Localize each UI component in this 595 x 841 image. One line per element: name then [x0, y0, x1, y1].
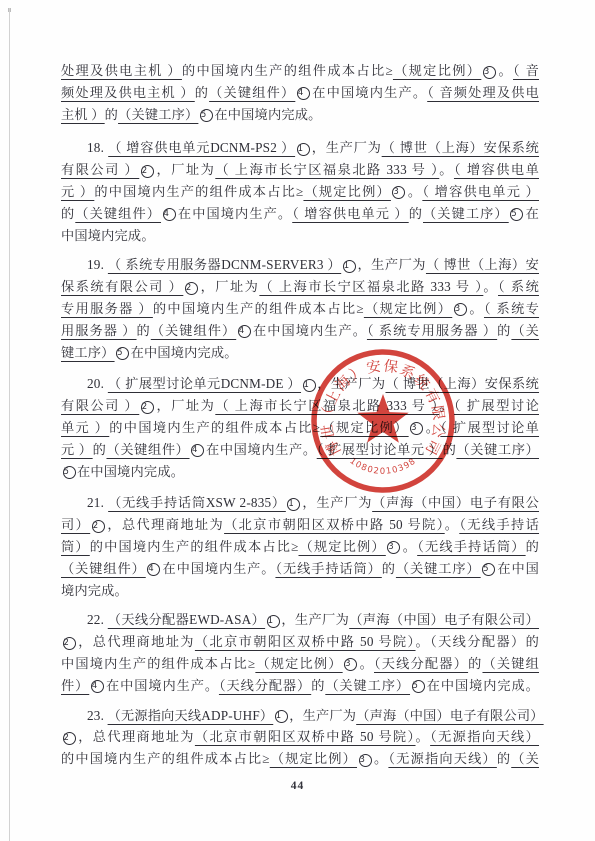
text-run: 。: [359, 656, 374, 671]
text-run: 筒）: [61, 539, 90, 554]
circled-number: 2: [92, 520, 105, 533]
seal-star-icon: [357, 394, 408, 443]
text-line: 5在中国境内完成。: [61, 461, 539, 483]
text-line: 筒）的中国境内生产的组件成本占比≥（规定比例）3。（无线手持话筒）的: [61, 536, 539, 558]
paragraph: 20. （ 扩展型讨论单元DCNM-DE ）1，生产厂为（ 博世（上海）安保系统…: [61, 373, 539, 482]
circled-number: 4: [297, 87, 310, 100]
text-run: 的: [61, 206, 75, 221]
text-run: 境内完成。: [61, 583, 128, 598]
circled-number: 1: [287, 498, 300, 511]
text-run: （无线手持话: [459, 517, 539, 532]
text-run: 在: [525, 206, 539, 221]
text-line: （关键组件）4在中国境内生产。（无线手持话筒）的（关键工序）5在中国: [61, 558, 539, 580]
company-seal-stamp: 博世（上海）安保系统有限公司 10802010398: [308, 346, 458, 496]
text-run: 用服务器 ）: [61, 323, 137, 338]
paragraph: 23. （无源指向天线ADP-UHF）1，生产厂为（声海（中国）电子有限公司）2…: [61, 705, 539, 770]
circled-number: 1: [267, 615, 280, 628]
circled-number: 2: [141, 401, 154, 414]
text-run: 21.: [87, 495, 108, 510]
text-run: ，生产厂为: [302, 495, 372, 510]
text-run: 主机 ）: [61, 107, 105, 122]
text-run: （规定比例）: [299, 539, 386, 554]
circled-number: 5: [482, 563, 495, 576]
paragraph: 处理及供电主机 ）的中国境内生产的组件成本占比≥（规定比例）3。（ 音频处理及供…: [61, 60, 539, 125]
text-run: （声海（中国）电子有限公司）: [356, 708, 543, 723]
text-run: （天线分配器）: [219, 678, 311, 693]
circled-number: 3: [392, 186, 405, 199]
circled-number: 3: [483, 66, 496, 79]
text-run: ，生产厂为: [289, 708, 356, 723]
text-run: （ 上海市长宁区福泉北路 333 号 ）: [259, 279, 483, 294]
text-run: （天线分配器EWD-ASA）: [108, 612, 265, 627]
text-run: 的: [468, 656, 482, 671]
document-page: 处理及供电主机 ）的中国境内生产的组件成本占比≥（规定比例）3。（ 音频处理及供…: [0, 0, 595, 841]
text-run: 19.: [87, 257, 108, 272]
text-run: （无线手持话筒）: [275, 561, 381, 576]
text-run: 的: [311, 678, 325, 693]
circled-number: 5: [200, 109, 213, 122]
text-run: 处理及供电主机 ）: [61, 63, 182, 78]
text-run: （声海（中国）电子有限公司）: [349, 612, 539, 627]
text-run: （声海（中国）电子有限公: [372, 495, 539, 510]
text-line: 的中国境内生产的组件成本占比≥（规定比例）3。（无源指向天线）的（关: [61, 748, 539, 770]
text-run: （ 博世（上海）安保系统: [382, 140, 539, 155]
text-run: 23.: [87, 708, 108, 723]
text-run: 的: [195, 85, 209, 100]
text-run: 。: [407, 184, 422, 199]
text-run: 的: [382, 561, 396, 576]
text-run: （ 音频处理及供电: [427, 85, 539, 100]
text-line: 20. （ 扩展型讨论单元DCNM-DE ）1，生产厂为（ 博世（上海）安保系统: [61, 373, 539, 395]
text-line: 2，总代理商地址为（北京市朝阳区双桥中路 50 号院）。（无源指向天线）: [61, 726, 539, 748]
text-block: 处理及供电主机 ）的中国境内生产的组件成本占比≥（规定比例）3。（ 音频处理及供…: [61, 60, 539, 770]
scan-edge-line: [9, 8, 10, 841]
text-run: 在中国境内生产。: [311, 85, 427, 100]
circled-number: 3: [359, 754, 372, 767]
paragraph: 22. （天线分配器EWD-ASA）1，生产厂为（声海（中国）电子有限公司）2，…: [61, 609, 539, 696]
text-run: （ 增容供电单元 ）: [422, 184, 539, 199]
text-run: （无源指向天线）: [388, 751, 496, 766]
circled-number: 5: [510, 208, 523, 221]
circled-number: 3: [344, 658, 357, 671]
text-run: （ 系统专用服务器DCNM-SERVER3 ）: [108, 257, 341, 272]
text-run: （北京市朝阳区双桥中路 50 号院）: [195, 729, 416, 744]
text-run: 的: [409, 206, 423, 221]
circled-number: 2: [63, 732, 76, 745]
text-line: 23. （无源指向天线ADP-UHF）1，生产厂为（声海（中国）电子有限公司）: [61, 705, 539, 727]
text-run: 。: [416, 729, 431, 744]
text-run: （ 博世（上海）安: [426, 257, 539, 272]
text-run: （关键工序）: [118, 107, 198, 122]
circled-number: 2: [141, 165, 154, 178]
text-run: 的中国境内生产的组件成本占比≥: [94, 184, 303, 199]
text-run: （关键组件）: [106, 442, 189, 457]
text-line: 中国境内完成。: [61, 225, 539, 247]
text-line: 有限公司 ）2，厂址为（ 上海市长宁区福泉北路 333 号 ）。（ 增容供电单: [61, 159, 539, 181]
circled-number: 3: [387, 541, 400, 554]
text-line: 保系统有限公司 ）2，厂址为（ 上海市长宁区福泉北路 333 号 ）。（ 系统: [61, 276, 539, 298]
text-run: 。: [468, 301, 484, 316]
text-run: （无线手持话筒XSW 2-835）: [108, 495, 286, 510]
page-number: 44: [0, 780, 595, 792]
text-run: 。: [439, 162, 454, 177]
text-run: （关键组件）: [75, 206, 161, 221]
text-line: 单元 ）的中国境内生产的组件成本占比≥（规定比例）3。（ 扩展型讨论单: [61, 417, 539, 439]
text-run: （规定比例）: [303, 184, 390, 199]
text-run: 。: [445, 517, 460, 532]
text-run: 在中国境内完成。: [131, 345, 238, 360]
text-line: 主机 ）的（关键工序）5在中国境内完成。: [61, 104, 539, 126]
text-run: 的: [497, 751, 511, 766]
text-run: ，生产厂为: [357, 257, 426, 272]
circled-number: 4: [238, 325, 251, 338]
circled-number: 1: [343, 260, 356, 273]
text-run: ，总代理商地址为: [77, 634, 195, 649]
circled-number: 2: [185, 282, 198, 295]
text-run: ，厂址为: [155, 162, 215, 177]
circled-number: 1: [275, 710, 288, 723]
seal-graphic: 博世（上海）安保系统有限公司 10802010398: [308, 346, 458, 496]
text-run: （北京市朝阳区双桥中路 50 号院）: [195, 634, 416, 649]
text-run: （关: [511, 323, 539, 338]
text-run: 在中国境内完成。: [214, 107, 321, 122]
text-run: （无线手持话筒）: [417, 539, 525, 554]
text-run: 。: [483, 279, 498, 294]
text-run: 的中国境内生产的组件成本占比≥: [90, 539, 299, 554]
text-run: 有限公司 ）: [61, 162, 139, 177]
text-run: 单元 ）: [61, 420, 109, 435]
text-run: （ 扩展型讨论单元DCNM-DE ）: [108, 376, 301, 391]
text-run: 在中国境内生产。: [252, 323, 367, 338]
text-line: 专用服务器 ）的中国境内生产的组件成本占比≥（规定比例）3。（ 系统专: [61, 298, 539, 320]
text-run: （关键工序）: [456, 442, 539, 457]
text-run: ，厂址为: [155, 398, 215, 413]
text-line: 境内完成。: [61, 580, 539, 602]
text-run: 的中国境内生产的组件成本占比≥: [61, 751, 270, 766]
text-run: 在中国境内完成。: [426, 678, 539, 693]
text-run: 。: [373, 751, 388, 766]
text-run: 在中国境内生产。: [206, 442, 317, 457]
circled-number: 1: [297, 143, 310, 156]
text-run: （关键组件）: [209, 85, 295, 100]
text-line: 元 ）的中国境内生产的组件成本占比≥（规定比例）3。（ 增容供电单元 ）: [61, 181, 539, 203]
text-run: 在中国: [497, 561, 539, 576]
text-run: 元 ）: [61, 184, 94, 199]
text-run: （ 系统: [498, 279, 539, 294]
text-run: 有限公司 ）: [61, 398, 139, 413]
text-run: （规定比例）: [393, 63, 481, 78]
text-run: （ 增容供电单元DCNM-PS2 ）: [108, 140, 295, 155]
text-run: （ 系统专: [484, 301, 539, 316]
circled-number: 2: [63, 637, 76, 650]
text-run: 元 ）: [61, 442, 93, 457]
text-line: 频处理及供电主机 ）的（关键组件）4在中国境内生产。（ 音频处理及供电: [61, 82, 539, 104]
text-run: （关键组件）: [61, 561, 146, 576]
text-run: ，总代理商地址为: [77, 729, 195, 744]
text-run: 在中国境内生产。: [105, 678, 219, 693]
text-run: 的: [105, 107, 118, 122]
text-run: （关键组: [482, 656, 539, 671]
circled-number: 5: [412, 680, 425, 693]
circled-number: 4: [163, 208, 176, 221]
text-line: 用服务器 ）的（关键组件）4在中国境内生产。（ 系统专用服务器 ）的（关: [61, 320, 539, 342]
text-line: 中国境内生产的组件成本占比≥（规定比例）3。（天线分配器）的（关键组: [61, 653, 539, 675]
text-line: 22. （天线分配器EWD-ASA）1，生产厂为（声海（中国）电子有限公司）: [61, 609, 539, 631]
text-line: 司）2，总代理商地址为（北京市朝阳区双桥中路 50 号院）。（无线手持话: [61, 514, 539, 536]
text-run: 的: [137, 323, 151, 338]
text-line: 处理及供电主机 ）的中国境内生产的组件成本占比≥（规定比例）3。（ 音: [61, 60, 539, 82]
text-run: （ 扩展型讨论: [454, 398, 539, 413]
text-run: （ 音: [513, 63, 539, 78]
text-run: 。: [497, 63, 513, 78]
text-run: 保系统有限公司 ）: [61, 279, 183, 294]
text-run: 的: [526, 539, 539, 554]
text-line: 19. （ 系统专用服务器DCNM-SERVER3 ）1，生产厂为（ 博世（上海…: [61, 254, 539, 276]
paragraph: 19. （ 系统专用服务器DCNM-SERVER3 ）1，生产厂为（ 博世（上海…: [61, 254, 539, 363]
text-line: 21. （无线手持话筒XSW 2-835）1，生产厂为（声海（中国）电子有限公: [61, 492, 539, 514]
text-run: （ 增容供电单元 ）: [292, 206, 408, 221]
text-run: 的: [93, 442, 107, 457]
text-run: ，生产厂为: [281, 612, 349, 627]
text-run: 中国境内生产的组件成本占比≥: [61, 656, 255, 671]
text-run: （ 上海市长宁区福泉北路 333 号 ）: [215, 162, 439, 177]
text-run: 专用服务器 ）: [61, 301, 153, 316]
text-run: （天线分配器）的: [430, 634, 539, 649]
text-run: 的中国境内生产的组件成本占比≥: [182, 63, 393, 78]
text-line: 2，总代理商地址为（北京市朝阳区双桥中路 50 号院）。（天线分配器）的: [61, 631, 539, 653]
text-run: 中国境内完成。: [61, 228, 155, 243]
text-run: 20.: [87, 376, 108, 391]
text-run: （规定比例）: [364, 301, 452, 316]
text-run: 频处理及供电主机 ）: [61, 85, 195, 100]
circled-number: 3: [454, 303, 467, 316]
text-run: （无源指向天线）: [430, 729, 539, 744]
text-run: 。: [416, 634, 431, 649]
text-run: ，总代理商地址为: [106, 517, 224, 532]
paragraph: 18. （ 增容供电单元DCNM-PS2 ）1，生产厂为（ 博世（上海）安保系统…: [61, 137, 539, 246]
text-run: （ 系统专用服务器 ）: [367, 323, 497, 338]
text-run: （ 增容供电单: [454, 162, 539, 177]
circled-number: 5: [63, 466, 76, 479]
text-run: （关键工序）: [423, 206, 509, 221]
text-run: （规定比例）: [255, 656, 342, 671]
text-line: 的（关键组件）4在中国境内生产。（ 增容供电单元 ）的（关键工序）5在: [61, 203, 539, 225]
text-run: 键工序）: [61, 345, 115, 360]
text-run: 。: [402, 539, 417, 554]
circled-number: 4: [91, 680, 104, 693]
circled-number: 4: [147, 563, 160, 576]
text-run: 的中国境内生产的组件成本占比≥: [153, 301, 364, 316]
text-run: 18.: [87, 140, 108, 155]
text-run: 的: [497, 323, 511, 338]
text-run: （关: [511, 751, 539, 766]
text-run: （规定比例）: [270, 751, 357, 766]
text-run: ，生产厂为: [311, 140, 382, 155]
text-run: 件）: [61, 678, 89, 693]
text-line: 18. （ 增容供电单元DCNM-PS2 ）1，生产厂为（ 博世（上海）安保系统: [61, 137, 539, 159]
text-line: 件）4在中国境内生产。（天线分配器）的（关键工序）5在中国境内完成。: [61, 675, 539, 697]
text-run: （北京市朝阳区双桥中路 50 号院）: [224, 517, 445, 532]
text-run: ，厂址为: [199, 279, 259, 294]
text-run: 在中国境内生产。: [177, 206, 292, 221]
text-run: （关键组件）: [151, 323, 236, 338]
circled-number: 5: [116, 347, 129, 360]
text-line: 有限公司 ）2，厂址为（ 上海市长宁区福泉北路 333 号 ）。（ 扩展型讨论: [61, 395, 539, 417]
text-run: （无源指向天线ADP-UHF）: [108, 708, 274, 723]
circled-number: 4: [191, 444, 204, 457]
seal-number: 10802010398: [348, 456, 419, 477]
paragraph: 21. （无线手持话筒XSW 2-835）1，生产厂为（声海（中国）电子有限公司…: [61, 492, 539, 601]
text-run: （天线分配器）: [374, 656, 468, 671]
text-line: 键工序）5在中国境内完成。: [61, 342, 539, 364]
text-run: 22.: [87, 612, 108, 627]
text-run: （关键工序）: [396, 561, 481, 576]
text-run: （关键工序）: [325, 678, 410, 693]
text-run: 司）: [61, 517, 90, 532]
text-run: 在中国境内完成。: [77, 464, 184, 479]
text-run: 的中国境内生产的组件成本占比≥: [109, 420, 320, 435]
text-run: 在中国境内生产。: [162, 561, 276, 576]
text-line: 元 ）的（关键组件）4在中国境内生产。（ 扩展型讨论单元 ）的（关键工序）: [61, 439, 539, 461]
